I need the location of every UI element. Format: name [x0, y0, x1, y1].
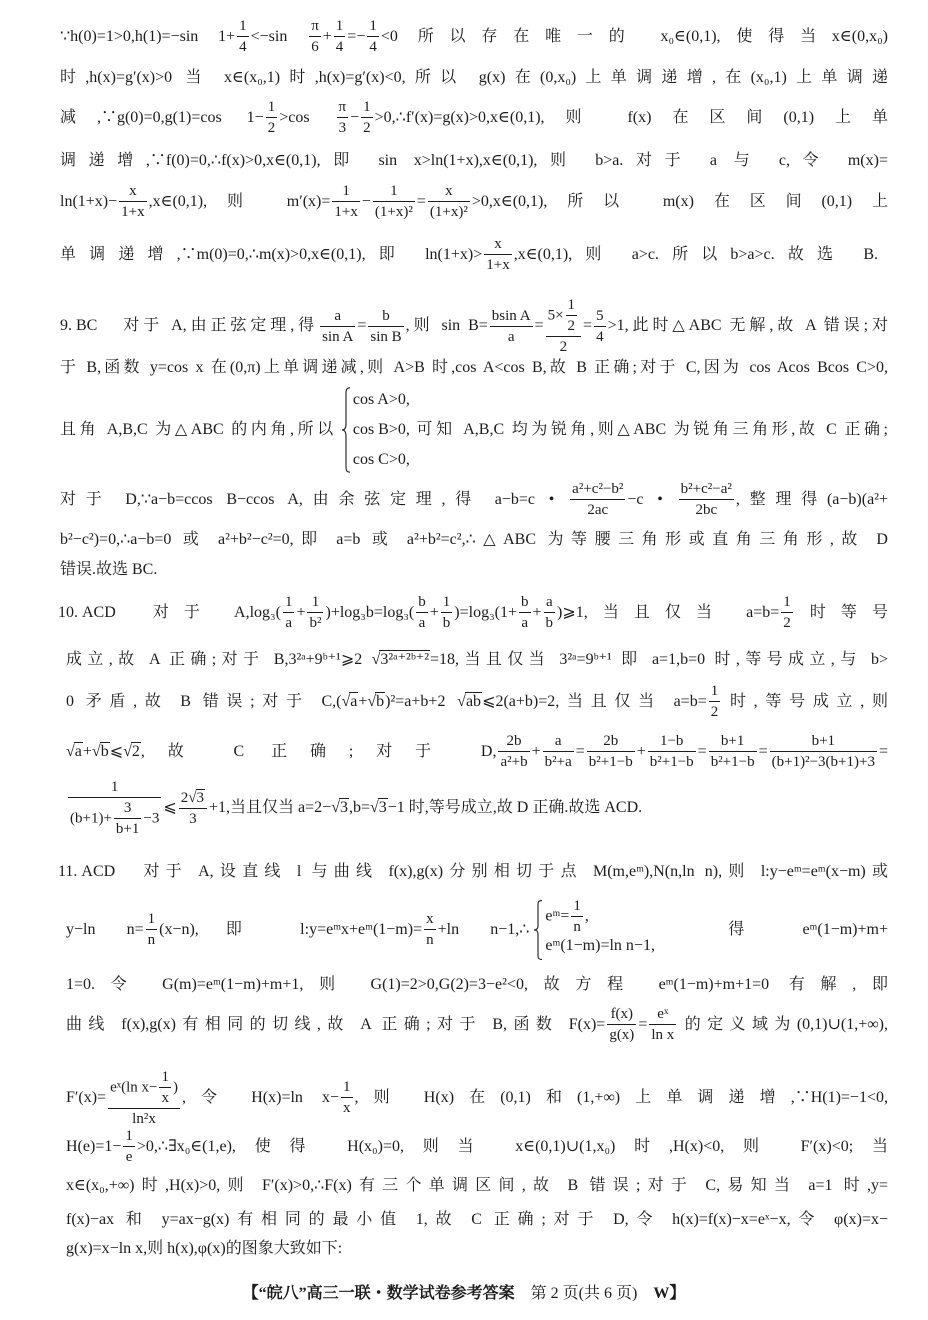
text-run: =: [759, 743, 768, 760]
text-run: (x−n),即 l:y=eᵐx+eᵐ(1−m)=: [159, 921, 422, 938]
denominator: b²+a: [543, 752, 574, 771]
fraction: 14: [237, 18, 249, 56]
text-run: >cos: [279, 109, 334, 126]
numerator: 1: [373, 183, 415, 202]
numerator: b: [368, 308, 403, 327]
text-run: ,x∈(0,1),则 m′(x)=: [149, 193, 331, 210]
text-run: =: [535, 317, 544, 334]
denominator: 2: [709, 702, 721, 721]
text-run: =: [357, 317, 366, 334]
text-run: =−: [347, 28, 365, 45]
answer-key: ACD: [81, 863, 115, 880]
question-number: 10.: [58, 604, 78, 621]
fraction: 1x: [159, 1069, 171, 1107]
numerator: 1: [123, 1128, 135, 1147]
text-run: −: [362, 193, 371, 210]
fraction: 11+x: [332, 183, 359, 221]
radicand: 3: [196, 789, 206, 806]
numerator: a²+c²−b²: [570, 481, 625, 500]
numerator-prefix: eˣ(ln x−: [110, 1079, 157, 1095]
denominator: 2bc: [679, 500, 734, 519]
fraction: b+1(b+1)²−3(b+1)+3: [770, 733, 877, 771]
fraction: 1(1+x)²: [373, 183, 415, 221]
text-line: 错误.故选 BC.: [60, 550, 888, 590]
text-line: 9.BC对于 A,由正弦定理,得asin A=bsin B,则 sin B=bs…: [60, 297, 888, 353]
fraction: π6: [309, 18, 321, 56]
numerator: 1: [68, 779, 161, 798]
denominator: (1+x)²: [428, 202, 470, 221]
denominator: 6: [309, 37, 321, 56]
text-line: 调递增,∵f(0)=0,∴f(x)>0,x∈(0,1),即 sin x>ln(1…: [60, 141, 888, 181]
numerator: 2√3: [179, 789, 207, 809]
numerator: π: [309, 18, 321, 37]
numerator: x: [119, 183, 146, 202]
text-run: ,b=: [349, 799, 370, 816]
square-root: √b: [92, 743, 110, 761]
numerator: f(x): [607, 1006, 636, 1025]
system-row: eᵐ=1n,: [545, 898, 655, 930]
text-run: +ln n−1,∴: [438, 921, 530, 938]
denominator: a: [490, 327, 533, 346]
radicand: 3: [339, 798, 349, 816]
fraction: 12: [709, 683, 721, 721]
denominator: b²+1−b: [648, 752, 696, 771]
text-run: eᵐ=: [545, 908, 569, 925]
denominator: b: [544, 613, 556, 632]
text-line: 成立,故 A 正确;对于 B,3²ᵃ+9ᵇ⁺¹⩾2 √3²ᵃ⁺²ᵇ⁺²=18,当…: [66, 640, 888, 680]
fraction: bsin Aa: [490, 308, 533, 346]
system-row: eᵐ(1−m)=ln n−1,: [545, 930, 655, 962]
text-run: 对于 A,设直线 l 与曲线 f(x),g(x)分别相切于点 M(m,eᵐ),N…: [137, 863, 888, 880]
numerator: 5×12: [546, 297, 581, 337]
document-page: ∵h(0)=1>0,h(1)=−sin 1+14<−sin π6+14=−14<…: [0, 0, 928, 1320]
denominator: 2: [266, 118, 278, 137]
text-run: )=log₃(1+: [454, 604, 517, 621]
fraction: 54: [594, 308, 606, 346]
text-run: ⩽: [163, 799, 176, 816]
text-run: >0,x∈(0,1),所以 m(x)在区间(0,1)上: [472, 193, 888, 210]
fraction: 1−bb²+1−b: [648, 733, 696, 771]
answer-key: ACD: [82, 604, 116, 621]
denominator: 4: [237, 37, 249, 56]
text-run: 得 eᵐ(1−m)+m+: [658, 921, 888, 938]
nested-fraction: 1(b+1)+3b+1−3: [68, 779, 161, 838]
fraction: ab: [544, 594, 556, 632]
fraction: x1+x: [484, 236, 511, 274]
text-run: 调递增,∵f(0)=0,∴f(x)>0,x∈(0,1),即 sin x>ln(1…: [60, 152, 888, 169]
text-run: +: [637, 743, 646, 760]
numerator: a: [544, 594, 556, 613]
text-run: 0 矛盾,故 B 错误;对于 C,(: [66, 693, 341, 710]
fraction: 2bb²+1−b: [587, 733, 635, 771]
denominator: x: [159, 1088, 171, 1107]
fraction: x(1+x)²: [428, 183, 470, 221]
fraction: π3: [337, 99, 349, 137]
text-run: x∈(x₀,+∞)时,H(x)>0,则 F′(x)>0,∴F(x)有三个单调区间…: [66, 1177, 888, 1194]
square-root: √2: [123, 743, 141, 761]
denominator: 1+x: [332, 202, 359, 221]
fraction: 1b²: [307, 594, 323, 632]
text-line: F′(x)=eˣ(ln x−1x)ln²x,令 H(x)=ln x−1x,则 H…: [66, 1066, 888, 1130]
footer-code: W】: [653, 1285, 685, 1302]
numerator: 1: [781, 594, 793, 613]
numerator: b+1: [770, 733, 877, 752]
page-number: 第 2 页(共 6 页): [531, 1285, 638, 1302]
text-run: 错误.故选 BC.: [60, 561, 157, 578]
system-row: cos B>0,: [353, 415, 410, 445]
text-run: 曲线 f(x),g(x)有相同的切线,故 A 正确;对于 B,函数 F(x)=: [66, 1016, 605, 1033]
denominator: 4: [334, 37, 346, 56]
text-line: 时,h(x)=g′(x)>0 当 x∈(x₀,1)时,h(x)=g′(x)<0,…: [60, 58, 888, 98]
system-rows: eᵐ=1n,eᵐ(1−m)=ln n−1,: [545, 898, 655, 962]
radicand: 3²ᵃ⁺²ᵇ⁺²: [379, 650, 430, 668]
text-line: 曲线 f(x),g(x)有相同的切线,故 A 正确;对于 B,函数 F(x)=f…: [66, 1005, 888, 1045]
text-run: 单调递增,∵m(0)=0,∴m(x)>0,x∈(0,1),即 ln(1+x)>: [60, 246, 482, 263]
fraction: bsin B: [368, 308, 403, 346]
numerator: 1: [237, 18, 249, 37]
numerator: x: [424, 911, 436, 930]
denominator: 3: [179, 809, 207, 828]
system-rows: cos A>0,cos B>0,cos C>0,: [353, 385, 410, 475]
text-run: ,: [585, 908, 589, 925]
numerator: x: [484, 236, 511, 255]
radicand: ab: [465, 692, 482, 710]
radicand: a: [74, 742, 83, 760]
text-run: 时等号: [795, 604, 888, 621]
numerator: 1: [332, 183, 359, 202]
fraction: b²+c²−a²2bc: [679, 481, 734, 519]
numerator: 1: [266, 99, 278, 118]
text-run: y−ln n=: [66, 921, 144, 938]
text-run: =: [583, 317, 592, 334]
text-run: 减,∵g(0)=0,g(1)=cos 1−: [60, 109, 264, 126]
text-run: ,x∈(0,1),则 a>c.所以b>a>c.故选 B.: [514, 246, 878, 263]
text-run: +: [533, 604, 542, 621]
fraction: 1a: [283, 594, 295, 632]
question-number: 11.: [58, 863, 77, 880]
nested-fraction: eˣ(ln x−1x)ln²x: [108, 1069, 180, 1128]
fraction: 3b+1: [114, 800, 141, 838]
left-brace-icon: [533, 900, 543, 960]
denominator: a: [519, 613, 531, 632]
numerator: π: [337, 99, 349, 118]
denominator: a: [416, 613, 428, 632]
text-run: =18,当且仅当 3²ᵃ=9ᵇ⁺¹ 即 a=1,b=0 时,等号成立,与 b>: [430, 651, 888, 668]
denominator: 2: [781, 613, 793, 632]
fraction: 1b: [441, 594, 453, 632]
denominator: a: [283, 613, 295, 632]
denominator: sin A: [320, 327, 355, 346]
denominator: ln x: [649, 1025, 676, 1044]
numerator-suffix: ): [173, 1079, 178, 1095]
numerator-prefix: 5×: [548, 307, 564, 323]
fraction: 12: [361, 99, 373, 137]
numerator: 1: [709, 683, 721, 702]
text-line: ∵h(0)=1>0,h(1)=−sin 1+14<−sin π6+14=−14<…: [60, 17, 888, 57]
text-run: +: [296, 604, 305, 621]
text-line: 11.ACD对于 A,设直线 l 与曲线 f(x),g(x)分别相切于点 M(m…: [58, 852, 888, 892]
numerator: 1: [566, 297, 578, 316]
text-run: 且角 A,B,C 为△ABC 的内角,所以: [60, 421, 337, 438]
question-number: 9.: [60, 317, 72, 334]
fraction: ba: [416, 594, 428, 632]
text-run: H(e)=1−: [66, 1138, 121, 1155]
text-run: )+log₃b=log₃(: [325, 604, 414, 621]
text-line: H(e)=1−1e>0,∴∃x₀∈(1,e),使得 H(x₀)=0,则当 x∈(…: [66, 1127, 888, 1167]
text-run: <−sin: [251, 28, 308, 45]
text-run: ,令 H(x)=ln x−: [182, 1089, 339, 1106]
denominator: 1+x: [484, 255, 511, 274]
text-run: 对于 A,log₃(: [138, 604, 281, 621]
numerator: 1: [334, 18, 346, 37]
denominator: 2: [566, 316, 578, 335]
fraction: 12: [566, 297, 578, 335]
text-run: −: [350, 109, 359, 126]
numerator: 1: [441, 594, 453, 613]
numerator: 1: [361, 99, 373, 118]
text-run: >1,此时△ABC 无解,故 A 错误;对: [608, 317, 888, 334]
square-root: √a: [341, 693, 358, 711]
text-run: ⩽2(a+b)=2,当且仅当 a=b=: [482, 693, 707, 710]
text-run: 1=0.令 G(m)=eᵐ(1−m)+m+1,则 G(1)=2>0,G(2)=3…: [66, 976, 888, 993]
text-run: 于 B,函数 y=cos x 在(0,π)上单调递减,则 A>B 时,cos A…: [60, 359, 888, 376]
equation-system: cos A>0,cos B>0,cos C>0,: [340, 385, 410, 475]
numerator: 1−b: [648, 733, 696, 752]
text-run: 成立,故 A 正确;对于 B,3²ᵃ+9ᵇ⁺¹⩾2: [66, 651, 372, 668]
numerator: 3: [114, 800, 141, 819]
fraction: 2√33: [179, 789, 207, 828]
answer-key: BC: [76, 317, 97, 334]
text-line: g(x)=x−ln x,则 h(x),φ(x)的图象大致如下:: [66, 1229, 888, 1269]
denominator: g(x): [607, 1025, 636, 1044]
numerator: 5: [594, 308, 606, 327]
text-run: +: [430, 604, 439, 621]
text-run: 时,h(x)=g′(x)>0 当 x∈(x₀,1)时,h(x)=g′(x)<0,…: [60, 69, 888, 86]
text-run: >0,∴f′(x)=g(x)>0,x∈(0,1),则 f(x)在区间(0,1)上…: [375, 109, 888, 126]
square-root: √a: [66, 743, 83, 761]
text-run: +1,当且仅当 a=2−: [209, 799, 331, 816]
square-root: √3: [331, 799, 349, 817]
fraction: f(x)g(x): [607, 1006, 636, 1044]
text-line: y−ln n=1n(x−n),即 l:y=eᵐx+eᵐ(1−m)=xn+ln n…: [66, 895, 888, 965]
equation-system: eᵐ=1n,eᵐ(1−m)=ln n−1,: [532, 898, 655, 962]
radicand: a: [349, 692, 358, 710]
square-root: √3²ᵃ⁺²ᵇ⁺²: [372, 651, 430, 669]
numerator-prefix: 2: [181, 790, 189, 806]
fraction: 1n: [146, 911, 158, 949]
denominator: 4: [367, 37, 379, 56]
footer-title: 【“皖八”高三一联・数学试卷参考答案: [243, 1285, 515, 1302]
numerator: b: [416, 594, 428, 613]
text-run: 对于 D,∵a−b=ccos B−ccos A,由余弦定理,得 a−b=c •: [60, 491, 568, 508]
denominator-prefix: (b+1)+: [70, 810, 112, 826]
fraction: b+1b²+1−b: [709, 733, 757, 771]
system-row: cos A>0,: [353, 385, 410, 415]
text-run: 可知 A,B,C 均为锐角,则△ABC 为锐角三角形,故 C 正确;: [413, 421, 888, 438]
fraction: 12: [781, 594, 793, 632]
denominator: ln²x: [108, 1109, 180, 1128]
numerator: 1: [571, 898, 583, 917]
numerator: eˣ(ln x−1x): [108, 1069, 180, 1109]
text-run: b²−c²)=0,∴a−b=0 或 a²+b²−c²=0,即 a=b 或 a²+…: [60, 531, 888, 548]
text-run: f(x)−ax 和 y=ax−g(x)有相同的最小值 1,故 C 正确;对于 D…: [66, 1211, 888, 1228]
text-line: 1(b+1)+3b+1−3⩽2√33+1,当且仅当 a=2−√3,b=√3−1 …: [66, 779, 888, 837]
denominator: 4: [594, 327, 606, 346]
denominator: n: [424, 930, 436, 949]
denominator: a²+b: [498, 752, 529, 771]
numerator: 2b: [498, 733, 529, 752]
numerator: 1: [146, 911, 158, 930]
radicand: b: [375, 692, 385, 710]
text-run: +: [532, 743, 541, 760]
text-line: √a+√b⩽√2,故 C 正确;对于 D,2ba²+b+ab²+a=2bb²+1…: [66, 732, 888, 772]
denominator: b: [441, 613, 453, 632]
text-line: 1=0.令 G(m)=eᵐ(1−m)+m+1,则 G(1)=2>0,G(2)=3…: [66, 965, 888, 1005]
fraction: ab²+a: [543, 733, 574, 771]
text-run: 对于 A,由正弦定理,得: [119, 317, 318, 334]
numerator: 1: [341, 1079, 353, 1098]
text-line: 减,∵g(0)=0,g(1)=cos 1−12>cos π3−12>0,∴f′(…: [60, 98, 888, 138]
fraction: 14: [334, 18, 346, 56]
denominator: b²+1−b: [709, 752, 757, 771]
text-run: >0,∴∃x₀∈(1,e),使得 H(x₀)=0,则当 x∈(0,1)∪(1,x…: [137, 1138, 888, 1155]
denominator: sin B: [368, 327, 403, 346]
text-run: ln(1+x)−: [60, 193, 117, 210]
denominator: b²+1−b: [587, 752, 635, 771]
denominator: 3: [337, 118, 349, 137]
text-line: ln(1+x)−x1+x,x∈(0,1),则 m′(x)=11+x−1(1+x)…: [60, 182, 888, 222]
denominator: 2ac: [570, 500, 625, 519]
text-run: =: [417, 193, 426, 210]
denominator: 2: [361, 118, 373, 137]
numerator: 1: [367, 18, 379, 37]
denominator: (b+1)²−3(b+1)+3: [770, 752, 877, 771]
text-line: 10.ACD对于 A,log₃(1a+1b²)+log₃b=log₃(ba+1b…: [58, 591, 888, 635]
fraction: 1e: [123, 1128, 135, 1166]
numerator: b+1: [709, 733, 757, 752]
fraction: 2ba²+b: [498, 733, 529, 771]
fraction: a²+c²−b²2ac: [570, 481, 625, 519]
fraction: eˣln x: [649, 1006, 676, 1044]
numerator: 1: [307, 594, 323, 613]
text-run: ,则 H(x)在(0,1)和(1,+∞)上单调递增,∵H(1)=−1<0,: [355, 1089, 888, 1106]
text-line: 对于 D,∵a−b=ccos B−ccos A,由余弦定理,得 a−b=c • …: [60, 480, 888, 520]
numerator: bsin A: [490, 308, 533, 327]
numerator: 1: [159, 1069, 171, 1088]
text-line: 且角 A,B,C 为△ABC 的内角,所以cos A>0,cos B>0,cos…: [60, 382, 888, 478]
text-run: ,故 C 正确;对于 D,: [141, 743, 497, 760]
fraction: 12: [266, 99, 278, 137]
numerator: b²+c²−a²: [679, 481, 734, 500]
text-run: +: [323, 28, 332, 45]
denominator: x: [341, 1098, 353, 1117]
radicand: 2: [131, 742, 141, 760]
text-run: −1 时,等号成立,故 D 正确.故选 ACD.: [388, 799, 642, 816]
denominator: b²: [307, 613, 323, 632]
text-run: +: [358, 693, 367, 710]
square-root: √3: [188, 789, 205, 807]
numerator: b: [519, 594, 531, 613]
numerator: a: [543, 733, 574, 752]
denominator: b+1: [114, 819, 141, 838]
text-run: 的定义域为(0,1)∪(1,+∞),: [678, 1016, 888, 1033]
text-run: F′(x)=: [66, 1089, 106, 1106]
numerator: 1: [283, 594, 295, 613]
square-root: √ab: [457, 693, 482, 711]
text-run: ∵h(0)=1>0,h(1)=−sin 1+: [60, 28, 235, 45]
fraction: xn: [424, 911, 436, 949]
denominator: (1+x)²: [373, 202, 415, 221]
denominator: n: [146, 930, 158, 949]
text-run: )⩾1,当且仅当 a=b=: [557, 604, 779, 621]
text-run: =: [638, 1016, 647, 1033]
numerator: eˣ: [649, 1006, 676, 1025]
text-run: ⩽: [110, 743, 123, 760]
system-row: cos C>0,: [353, 445, 410, 475]
fraction: 1x: [341, 1079, 353, 1117]
fraction: asin A: [320, 308, 355, 346]
fraction: ba: [519, 594, 531, 632]
text-run: ,整理得(a−b)(a²+: [736, 491, 888, 508]
fraction: 14: [367, 18, 379, 56]
text-run: g(x)=x−ln x,则 h(x),φ(x)的图象大致如下:: [66, 1240, 342, 1257]
text-line: 0 矛盾,故 B 错误;对于 C,(√a+√b)²=a+b+2 √ab⩽2(a+…: [66, 682, 888, 722]
text-run: ,则 sin B=: [406, 317, 488, 334]
numerator: x: [428, 183, 470, 202]
radicand: b: [100, 742, 110, 760]
text-run: <0 所以存在唯一的 x₀∈(0,1),使得当x∈(0,x₀): [381, 28, 888, 45]
text-line: 单调递增,∵m(0)=0,∴m(x)>0,x∈(0,1),即 ln(1+x)>x…: [60, 235, 878, 275]
denominator: e: [123, 1147, 135, 1166]
square-root: √3: [370, 799, 388, 817]
page-footer: 【“皖八”高三一联・数学试卷参考答案第 2 页(共 6 页)W】: [0, 1282, 928, 1306]
text-run: 时,等号成立,则: [722, 693, 888, 710]
denominator: 1+x: [119, 202, 146, 221]
denominator-suffix: −3: [143, 810, 159, 826]
text-run: =: [698, 743, 707, 760]
radicand: 3: [378, 798, 388, 816]
denominator: (b+1)+3b+1−3: [68, 798, 161, 838]
numerator: 2b: [587, 733, 635, 752]
fraction: x1+x: [119, 183, 146, 221]
square-root: √b: [367, 693, 385, 711]
text-run: −c •: [627, 491, 676, 508]
numerator: a: [320, 308, 355, 327]
text-run: +: [83, 743, 92, 760]
text-run: =: [576, 743, 585, 760]
text-run: )²=a+b+2: [385, 693, 457, 710]
left-brace-icon: [341, 387, 351, 473]
text-run: =: [879, 743, 888, 760]
